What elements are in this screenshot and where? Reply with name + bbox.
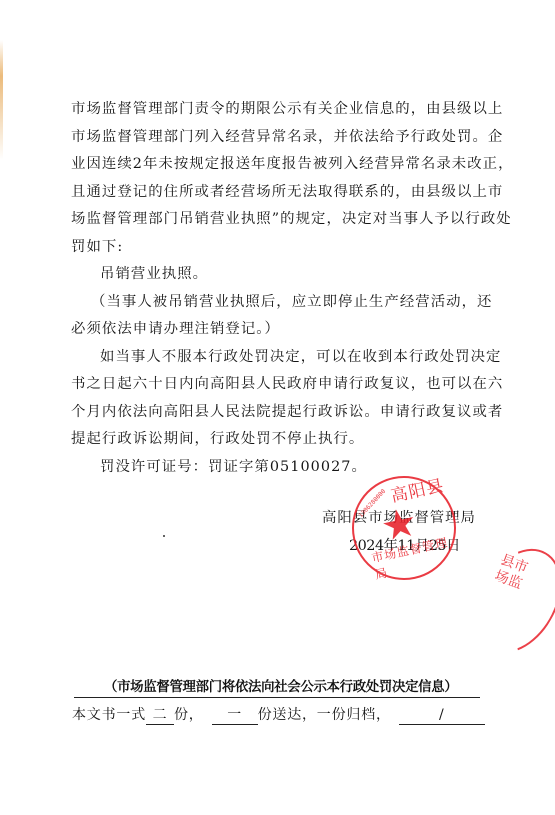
appeal-rights: 书之日起六十日内向高阳县人民政府申请行政复议，也可以在六: [71, 371, 496, 399]
license-number: 罚没许可证号：罚证字第05100027。: [71, 454, 496, 482]
scan-speck: [163, 535, 165, 537]
issue-date: 2024年11月25日: [349, 534, 460, 555]
decision-body: 市场监督管理部门责令的期限公示有关企业信息的，由县级以上 市场监督管理部门列入经…: [71, 96, 496, 481]
copies-total-field: 二: [146, 707, 174, 725]
official-seal: 1306280000 高阳县 ★ 市场监督管理局: [342, 466, 465, 589]
partial-seal-text: 县市场监: [492, 552, 532, 594]
body-line: 场监督管理部门吊销营业执照”的规定，决定对当事人予以行政处: [71, 206, 496, 234]
copies-prefix: 本文书一式: [72, 707, 146, 723]
copies-served-field: 一: [212, 707, 258, 725]
copies-line: 本文书一式二份，一份送达，一份归档，/: [72, 704, 485, 725]
footer-divider: [74, 697, 480, 698]
partial-seal-arc: [457, 534, 555, 669]
appeal-rights: 个月内依法向高阳县人民法院提起行政诉讼。申请行政复议或者: [71, 399, 496, 427]
scan-page-edge: [0, 40, 3, 160]
body-line: 且通过登记的住所或者经营场所无法取得联系的，由县级以上市: [71, 179, 496, 207]
deregistration-note: 必须依法申请办理注销登记。）: [71, 316, 496, 344]
issuing-authority: 高阳县市场监督管理局: [322, 506, 476, 527]
body-line: 市场监督管理部门责令的期限公示有关企业信息的，由县级以上: [71, 96, 496, 124]
body-line: 罚如下:: [71, 234, 496, 262]
body-line: 业因连续2年未按规定报送年度报告被列入经营异常名录未改正，: [71, 151, 496, 179]
copies-served-suffix: 份送达，一份归档，: [258, 707, 391, 723]
copies-unit: 份，: [174, 707, 204, 723]
body-line: 市场监督管理部门列入经营异常名录，并依法给予行政处罚。企: [71, 124, 496, 152]
deregistration-note: （当事人被吊销营业执照后，应立即停止生产经营活动，还: [71, 289, 496, 317]
penalty-decision: 吊销营业执照。: [71, 261, 496, 289]
publicity-notice: （市场监督管理部门将依法向社会公示本行政处罚决定信息）: [104, 676, 457, 695]
appeal-rights: 如当事人不服本行政处罚决定，可以在收到本行政处罚决定: [71, 344, 496, 372]
copies-other-field: /: [399, 707, 485, 725]
appeal-rights: 提起行政诉讼期间，行政处罚不停止执行。: [71, 426, 496, 454]
